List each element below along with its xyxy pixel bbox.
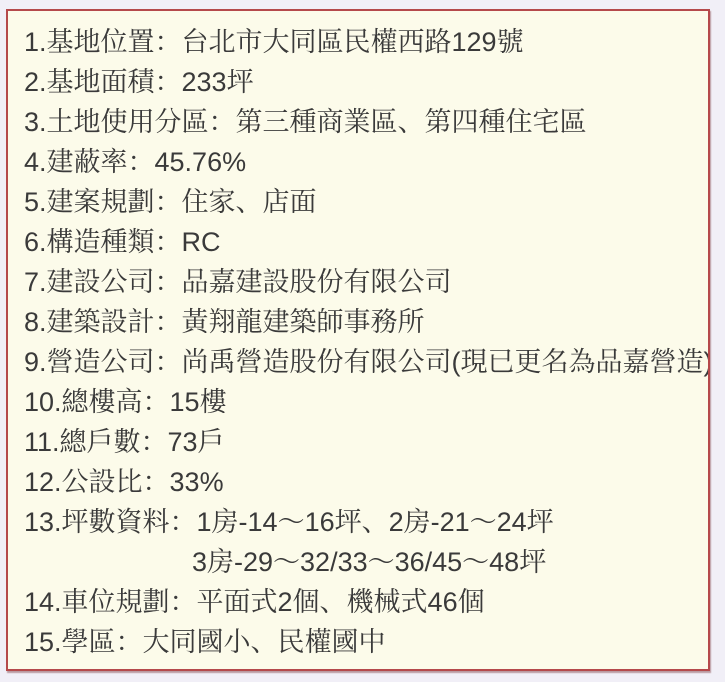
info-line-architect: 8.建築設計：黃翔龍建築師事務所 xyxy=(24,302,702,342)
info-line-land-zoning: 3.土地使用分區：第三種商業區、第四種住宅區 xyxy=(24,102,702,142)
info-line-developer: 7.建設公司：品嘉建設股份有限公司 xyxy=(24,262,702,302)
info-line-structure-type: 6.構造種類：RC xyxy=(24,222,702,262)
info-line-total-units: 11.總戶數：73戶 xyxy=(24,422,702,462)
info-line-school-district: 15.學區：大同國小、民權國中 xyxy=(24,622,702,662)
info-line-public-ratio: 12.公設比：33% xyxy=(24,462,702,502)
info-line-site-area: 2.基地面積：233坪 xyxy=(24,62,702,102)
info-line-site-location: 1.基地位置：台北市大同區民權西路129號 xyxy=(24,22,702,62)
info-line-contractor: 9.營造公司：尚禹營造股份有限公司(現已更名為品嘉營造) xyxy=(24,342,702,382)
info-line-unit-sizes-continued: 3房-29～32/33～36/45～48坪 xyxy=(24,542,702,582)
info-line-project-plan: 5.建案規劃：住家、店面 xyxy=(24,182,702,222)
property-info-box: 1.基地位置：台北市大同區民權西路129號 2.基地面積：233坪 3.土地使用… xyxy=(6,9,710,671)
info-line-total-floors: 10.總樓高：15樓 xyxy=(24,382,702,422)
info-line-parking-plan: 14.車位規劃：平面式2個、機械式46個 xyxy=(24,582,702,622)
info-line-unit-sizes: 13.坪數資料：1房-14～16坪、2房-21～24坪 xyxy=(24,502,702,542)
info-line-coverage-ratio: 4.建蔽率：45.76% xyxy=(24,142,702,182)
